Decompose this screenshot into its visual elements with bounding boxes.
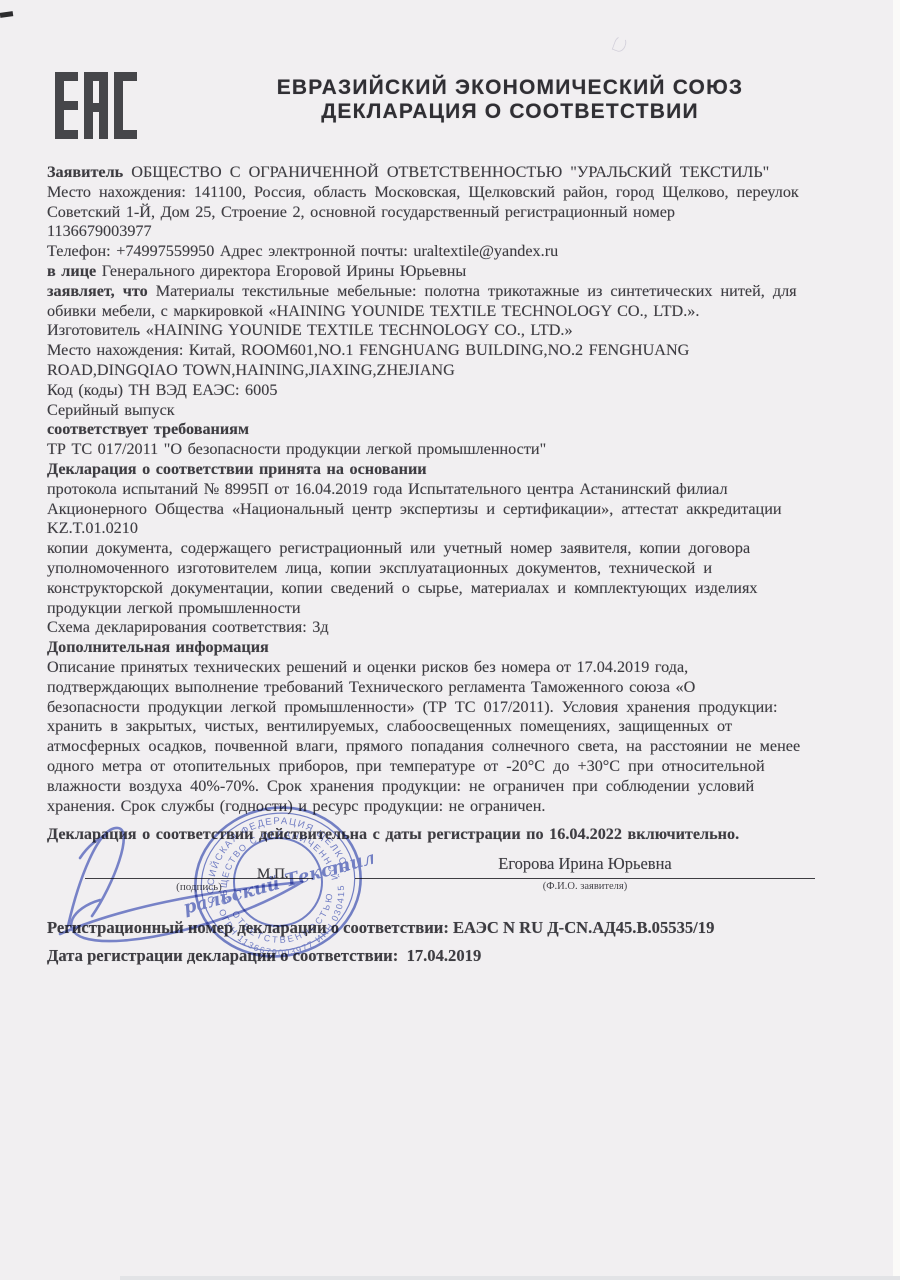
text-line: заявляет, что Материалы текстильные мебе… [47, 282, 862, 302]
applicant-name-caption: (Ф.И.О. заявителя) [355, 881, 815, 892]
text-line: Телефон: +74997559950 Адрес электронной … [47, 242, 862, 262]
text-line: Акционерного Общества «Национальный цент… [47, 500, 862, 520]
text-line: протокола испытаний № 8995П от 16.04.201… [47, 480, 862, 500]
text-line: Советский 1-Й, Дом 25, Строение 2, основ… [47, 203, 862, 223]
header-title-union: ЕВРАЗИЙСКИЙ ЭКОНОМИЧЕСКИЙ СОЮЗ [200, 76, 820, 100]
text-line: одного метра от отопительных приборов, п… [47, 757, 862, 777]
text-line: ТР ТС 017/2011 "О безопасности продукции… [47, 440, 862, 460]
text-line: Код (коды) ТН ВЭД ЕАЭС: 6005 [47, 381, 862, 401]
eac-logo-icon [55, 72, 137, 144]
document-body: Заявитель ОБЩЕСТВО С ОГРАНИЧЕННОЙ ОТВЕТС… [47, 163, 862, 845]
text-line: ROAD,DINGQIAO TOWN,HAINING,JIAXING,ZHEJI… [47, 361, 862, 381]
text-line: Место нахождения: Китай, ROOM601,NO.1 FE… [47, 341, 862, 361]
scan-artifact-squiggle [612, 34, 629, 53]
seal-place-label: М.П. [257, 866, 289, 883]
text-line: Место нахождения: 141100, Россия, област… [47, 183, 862, 203]
text-line: 1136679003977 [47, 222, 862, 242]
text-line: Изготовитель «HAINING YOUNIDE TEXTILE TE… [47, 321, 862, 341]
text-line: Схема декларирования соответствия: 3д [47, 618, 862, 638]
text-line: в лице Генерального директора Егоровой И… [47, 262, 862, 282]
document-header: ЕВРАЗИЙСКИЙ ЭКОНОМИЧЕСКИЙ СОЮЗ ДЕКЛАРАЦИ… [200, 76, 820, 124]
scanned-declaration-page: ЕВРАЗИЙСКИЙ ЭКОНОМИЧЕСКИЙ СОЮЗ ДЕКЛАРАЦИ… [0, 0, 900, 1280]
text-line: влажности воздуха 40%-70%. Срок хранения… [47, 777, 862, 797]
text-line: Декларация о соответствии принята на осн… [47, 460, 862, 480]
text-line: обивки мебели, с маркировкой «HAINING YO… [47, 302, 862, 322]
text-line: безопасности продукции легкой промышленн… [47, 698, 862, 718]
text-line: Дополнительная информация [47, 638, 862, 658]
text-line: KZ.T.01.0210 [47, 519, 862, 539]
scan-edge-bottom [120, 1276, 900, 1280]
text-line: конструкторской документации, копии свед… [47, 579, 862, 599]
company-stamp: РОССИЙСКАЯ ФЕДЕРАЦИЯ ЩЕЛКОВО ОБЩЕСТВО С … [183, 796, 373, 973]
text-line: подтверждающих выполнение требований Тех… [47, 678, 862, 698]
text-line: атмосферных осадков, почвенной влаги, пр… [47, 737, 862, 757]
text-line: уполномоченного изготовителем лица, копи… [47, 559, 862, 579]
text-line: Описание принятых технических решений и … [47, 658, 862, 678]
scan-artifact-corner-mark [0, 11, 13, 18]
applicant-name: Егорова Ирина Юрьевна [355, 854, 815, 874]
text-line: соответствует требованиям [47, 420, 862, 440]
header-title-declaration: ДЕКЛАРАЦИЯ О СООТВЕТСТВИИ [200, 100, 820, 124]
scan-edge-right [893, 0, 900, 1280]
text-line: продукции легкой промышленности [47, 599, 862, 619]
text-line: хранить в закрытых, чистых, вентилируемы… [47, 717, 862, 737]
text-line: Заявитель ОБЩЕСТВО С ОГРАНИЧЕННОЙ ОТВЕТС… [47, 163, 862, 183]
text-line: копии документа, содержащего регистрацио… [47, 539, 862, 559]
text-line: Серийный выпуск [47, 401, 862, 421]
